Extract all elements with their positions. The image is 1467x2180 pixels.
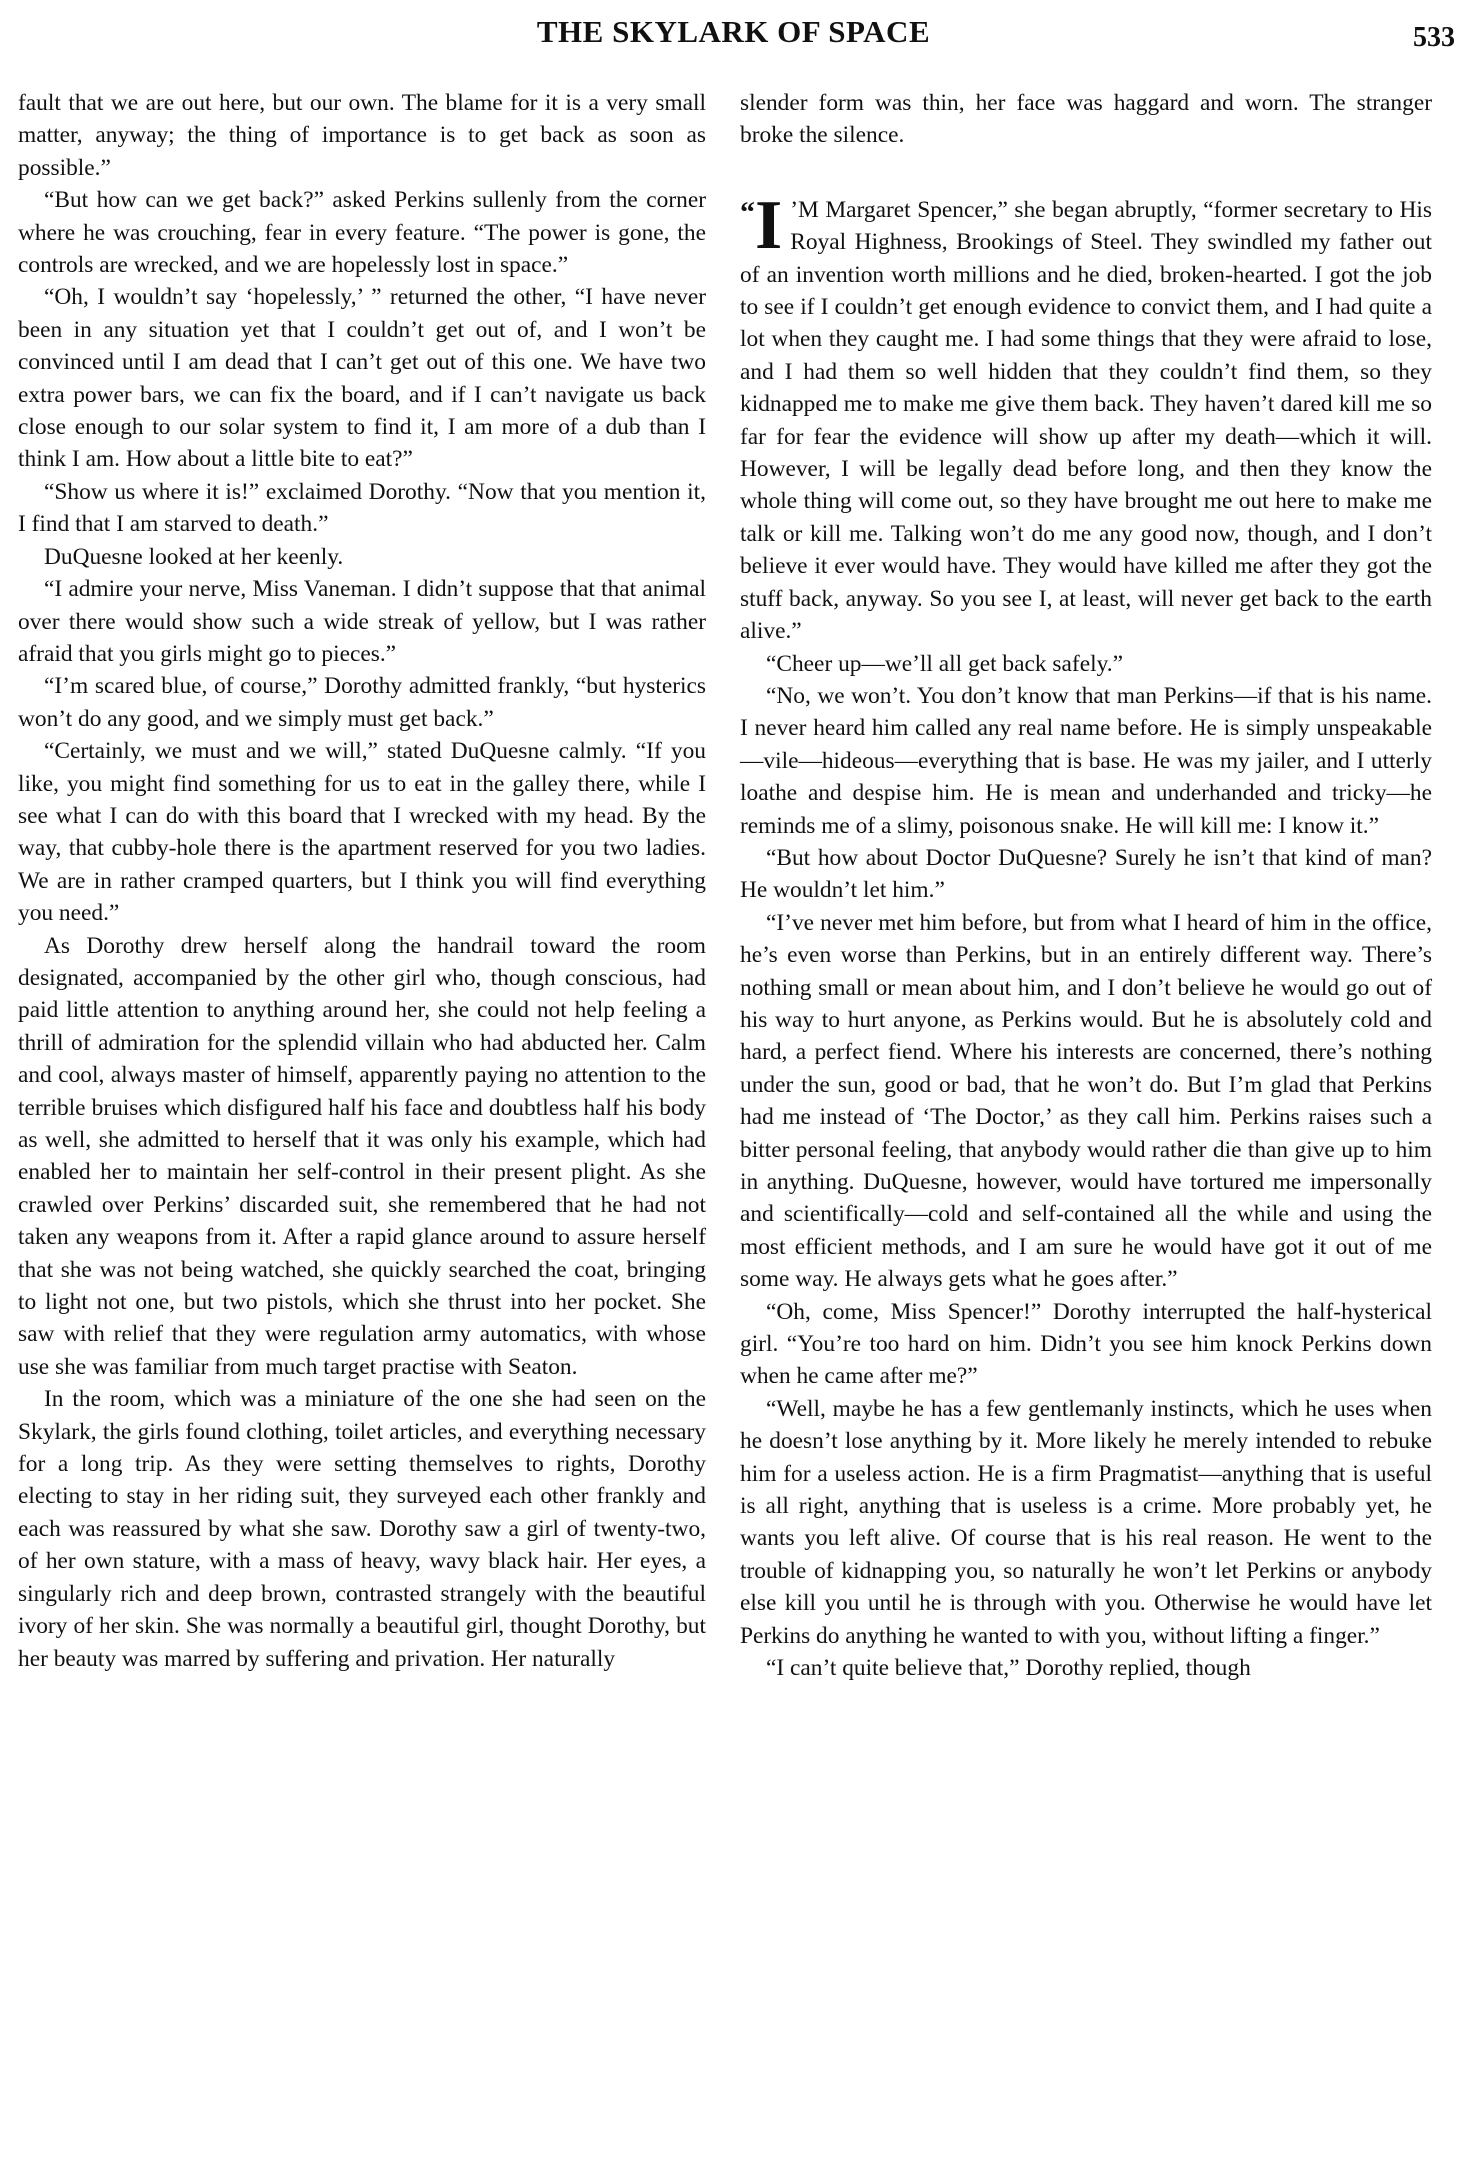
- paragraph: “But how can we get back?” asked Perkins…: [18, 184, 706, 281]
- dropcap-paragraph-text: ’M Margaret Spencer,” she began abruptly…: [740, 197, 1432, 644]
- page-number: 533: [1413, 22, 1455, 54]
- paragraph: “Oh, I wouldn’t say ‘hopelessly,’ ” retu…: [18, 281, 706, 475]
- paragraph: “Certainly, we must and we will,” stated…: [18, 735, 706, 929]
- paragraph: In the room, which was a miniature of th…: [18, 1383, 706, 1675]
- paragraph: “I admire your nerve, Miss Vaneman. I di…: [18, 573, 706, 670]
- page-header: THE SKYLARK OF SPACE 533: [0, 0, 1467, 60]
- paragraph: “I’ve never met him before, but from wha…: [740, 907, 1432, 1296]
- paragraph: DuQuesne looked at her keenly.: [18, 541, 706, 573]
- left-column: fault that we are out here, but our own.…: [18, 87, 706, 1675]
- paragraph: “But how about Doctor DuQuesne? Surely h…: [740, 842, 1432, 907]
- dropcap-quote: “: [740, 198, 755, 228]
- paragraph: “Oh, come, Miss Spencer!” Dorothy interr…: [740, 1296, 1432, 1393]
- paragraph: “Well, maybe he has a few gentlemanly in…: [740, 1393, 1432, 1652]
- paragraph: “I can’t quite believe that,” Dorothy re…: [740, 1652, 1432, 1684]
- right-column: slender form was thin, her face was hagg…: [740, 87, 1432, 1685]
- paragraph: “Cheer up—we’ll all get back safely.”: [740, 648, 1432, 680]
- dropcap-letter: I: [755, 196, 782, 256]
- running-title: THE SKYLARK OF SPACE: [0, 14, 1467, 50]
- paragraph: “No, we won’t. You don’t know that man P…: [740, 680, 1432, 842]
- paragraph: “Show us where it is!” exclaimed Dorothy…: [18, 476, 706, 541]
- paragraph: As Dorothy drew herself along the handra…: [18, 930, 706, 1384]
- paragraph: “I’m scared blue, of course,” Dorothy ad…: [18, 670, 706, 735]
- paragraph: slender form was thin, her face was hagg…: [740, 87, 1432, 152]
- dropcap-paragraph: “I’M Margaret Spencer,” she began abrupt…: [740, 194, 1432, 648]
- paragraph: fault that we are out here, but our own.…: [18, 87, 706, 184]
